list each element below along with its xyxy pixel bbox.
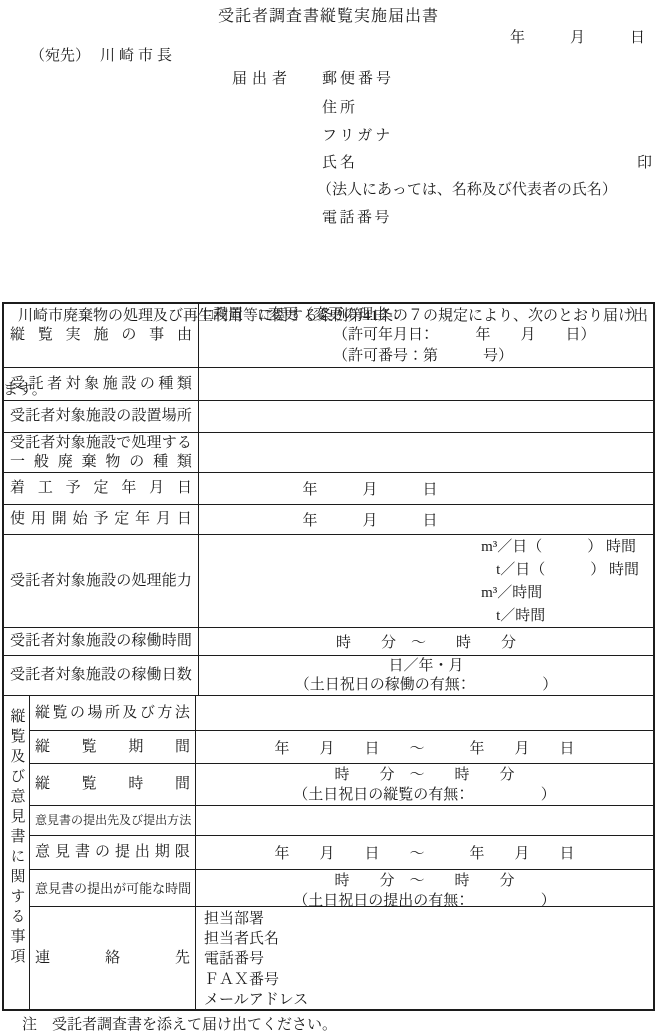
table-row: 縦覧の場所及び方法 [30,696,653,730]
permit-number-line: （許可番号：第 号） [204,346,644,366]
operating-days-weekend-note: （土日祝日の稼働の有無： ） [199,676,653,695]
addressee-name: 川崎市長 [100,48,176,64]
capacity-unit-t-day: t／日（ ） 時間 [481,559,639,582]
page-title: 受託者調査書縦覧実施届出書 [0,3,657,26]
row-label-use-start: 使用開始予定年月日 [10,510,192,529]
date-field: 年 月 日 [510,26,645,47]
waste-type-value [199,433,653,472]
inspection-period-value: 年 月 日 ～ 年 月 日 [196,737,653,758]
capacity-unit-t-hour: t／時間 [481,605,639,628]
operating-days-value: 日／年・月 [199,657,653,676]
notifier-label: 届出者 [232,67,292,88]
checkbox-change: □変更 [259,305,298,325]
table-row: 縦覧実施の事由 □設置 □変更 （変更の理由： ） （許可年月日： 年 月 日）… [4,304,653,367]
address-label: 住所 [322,96,358,117]
inspection-place-value [196,696,653,730]
row-label-waste-type-1: 受託者対象施設で処理する [10,434,192,453]
opinion-deadline-value: 年 月 日 ～ 年 月 日 [196,842,653,863]
group-side-label: 縦覧及び意見書に関する事項 [4,696,30,968]
row-label-operating-days: 受託者対象施設の稼働日数 [10,666,192,685]
row-label-opinion-time: 意見書の提出が可能な時間 [35,879,190,898]
row-label-inspection-time: 縦覧時間 [35,775,190,794]
corporation-note: （法人にあっては、名称及び代表者の氏名） [317,178,617,199]
table-row: 意見書の提出期限 年 月 日 ～ 年 月 日 [30,835,653,869]
contact-phone-label: 電話番号 [204,949,653,969]
footer-note: 注 受託者調査書を添えて届け出てください。 [22,1013,337,1033]
row-label-contact: 連絡先 [35,949,190,968]
construction-start-value: 年 月 日 [199,478,653,499]
table-row: 受託者対象施設の処理能力 m³／日（ ） 時間 t／日（ ） 時間 m³／時間 … [4,534,653,627]
capacity-unit-m3-hour: m³／時間 [481,582,639,605]
row-label-opinion-submit-to: 意見書の提出先及び提出方法 [35,811,190,830]
contact-person-label: 担当者氏名 [204,929,653,949]
checkbox-installation: □設置 [204,305,243,325]
name-label: 氏名 [322,151,358,172]
table-row: 受託者対象施設の稼働時間 時 分 ～ 時 分 [4,627,653,655]
row-label-inspection-place: 縦覧の場所及び方法 [35,704,190,723]
row-label-reason: 縦覧実施の事由 [10,326,192,345]
table-row: 受託者対象施設の種類 [4,367,653,400]
notification-table: 縦覧実施の事由 □設置 □変更 （変更の理由： ） （許可年月日： 年 月 日）… [2,302,655,1011]
inspection-time-value: 時 分 ～ 時 分 [196,765,653,785]
capacity-units: m³／日（ ） 時間 t／日（ ） 時間 m³／時間 t／時間 [481,536,639,628]
furigana-label: フリガナ [322,124,393,145]
form-document: 受託者調査書縦覧実施届出書 年 月 日 （宛先）川崎市長 届出者 郵便番号 住所… [0,0,657,1033]
seal-mark: 印 [637,151,652,172]
permit-date-line: （許可年月日： 年 月 日） [204,325,644,345]
row-label-inspection-period: 縦覧期間 [35,738,190,757]
table-row: 縦覧期間 年 月 日 ～ 年 月 日 [30,730,653,763]
change-reason-close: ） [629,305,644,325]
row-label-opinion-deadline: 意見書の提出期限 [35,843,190,862]
table-row: 縦覧時間 時 分 ～ 時 分 （土日祝日の縦覧の有無： ） [30,763,653,805]
row-label-construction-start: 着工予定年月日 [10,479,192,498]
table-row: 意見書の提出が可能な時間 時 分 ～ 時 分 （土日祝日の提出の有無： ） [30,869,653,906]
table-row: 使用開始予定年月日 年 月 日 [4,504,653,534]
capacity-unit-m3-day: m³／日（ ） 時間 [481,536,639,559]
facility-type-value [199,368,653,400]
row-label-facility-type: 受託者対象施設の種類 [10,375,192,394]
row-label-facility-location: 受託者対象施設の設置場所 [10,407,192,426]
use-start-value: 年 月 日 [199,509,653,530]
postal-code-label: 郵便番号 [322,67,394,88]
change-reason-open: （変更の理由： [298,305,403,325]
facility-location-value [199,401,653,432]
row-label-operating-hours: 受託者対象施設の稼働時間 [10,632,192,651]
inspection-time-weekend-note: （土日祝日の縦覧の有無： ） [196,785,653,805]
opinion-submit-to-value [196,806,653,835]
contact-department-label: 担当部署 [204,909,653,929]
group-section: 縦覧及び意見書に関する事項 縦覧の場所及び方法 縦覧期間 年 月 日 ～ 年 月… [4,695,653,1009]
opinion-time-value: 時 分 ～ 時 分 [196,871,653,891]
row-label-capacity: 受託者対象施設の処理能力 [10,572,192,591]
contact-fax-label: ＦＡＸ番号 [204,970,653,990]
table-row: 受託者対象施設で処理する 一般廃棄物の種類 [4,432,653,472]
table-row: 意見書の提出先及び提出方法 [30,805,653,835]
table-row: 受託者対象施設の設置場所 [4,400,653,432]
operating-hours-value: 時 分 ～ 時 分 [199,631,653,652]
phone-label: 電話番号 [322,206,392,227]
addressee-prefix: （宛先） [30,48,90,64]
table-row: 連絡先 担当部署 担当者氏名 電話番号 ＦＡＸ番号 メールアドレス [30,906,653,1009]
table-row: 受託者対象施設の稼働日数 日／年・月 （土日祝日の稼働の有無： ） [4,655,653,695]
table-row: 着工予定年月日 年 月 日 [4,472,653,504]
addressee-line: （宛先）川崎市長 [30,44,176,65]
row-label-waste-type-2: 一般廃棄物の種類 [10,453,192,472]
contact-email-label: メールアドレス [204,990,653,1010]
